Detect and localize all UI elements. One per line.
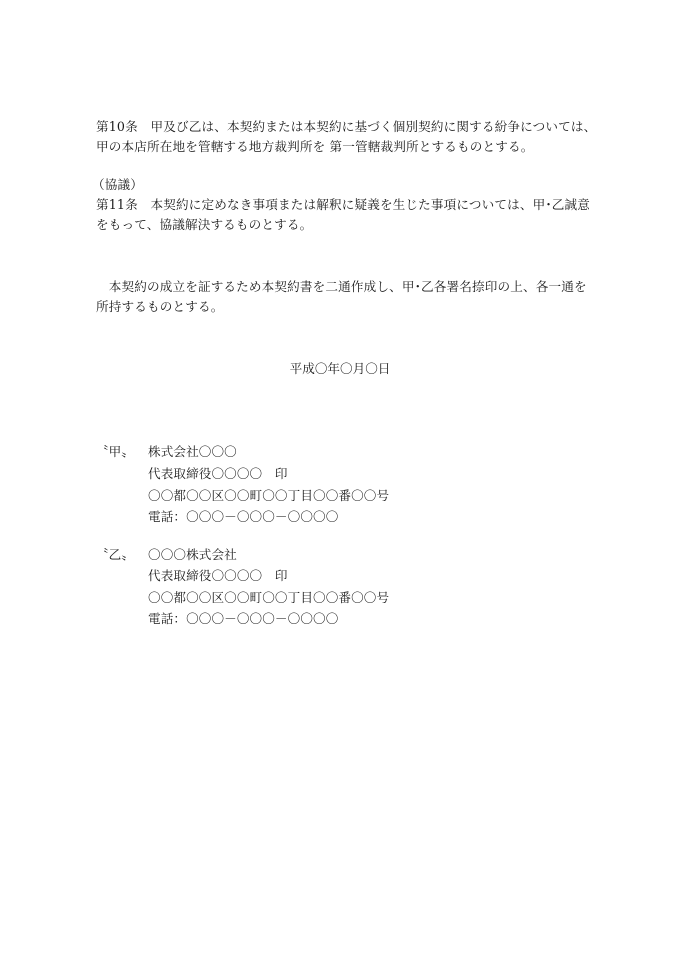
article-11-heading: （協議）	[92, 175, 143, 195]
contract-date: 平成〇年〇月〇日	[0, 359, 680, 379]
party-a-phone: 電話：〇〇〇－〇〇〇－〇〇〇〇	[148, 507, 338, 527]
party-b-address: 〇〇都〇〇区〇〇町〇〇丁目〇〇番〇〇号	[148, 588, 389, 608]
article-10-line-2: 甲の本店所在地を管轄する地方裁判所を 第一管轄裁判所とするものとする。	[96, 137, 533, 157]
article-11-line-1: 第11条 本契約に定めなき事項または解釈に疑義を生じた事項については、甲･乙誠意	[96, 195, 590, 215]
document-page: 第10条 甲及び乙は、本契約または本契約に基づく個別契約に関する紛争については、…	[0, 0, 680, 962]
closing-line-1: 本契約の成立を証するため本契約書を二通作成し、甲･乙各署名捺印の上、各一通を	[96, 277, 587, 297]
party-a-address: 〇〇都〇〇区〇〇町〇〇丁目〇〇番〇〇号	[148, 486, 389, 506]
party-b-phone: 電話：〇〇〇－〇〇〇－〇〇〇〇	[148, 609, 338, 629]
party-a-company: 株式会社〇〇〇	[148, 442, 237, 462]
article-11-line-2: をもって、協議解決するものとする。	[96, 215, 312, 235]
party-b-company: 〇〇〇株式会社	[148, 545, 237, 565]
article-10-line-1: 第10条 甲及び乙は、本契約または本契約に基づく個別契約に関する紛争については、	[96, 117, 596, 137]
party-a-label: 〝甲〟	[96, 442, 134, 462]
closing-line-2: 所持するものとする。	[96, 297, 223, 317]
party-a-representative: 代表取締役〇〇〇〇 印	[148, 464, 288, 484]
party-b-label: 〝乙〟	[96, 545, 134, 565]
party-b-representative: 代表取締役〇〇〇〇 印	[148, 566, 288, 586]
